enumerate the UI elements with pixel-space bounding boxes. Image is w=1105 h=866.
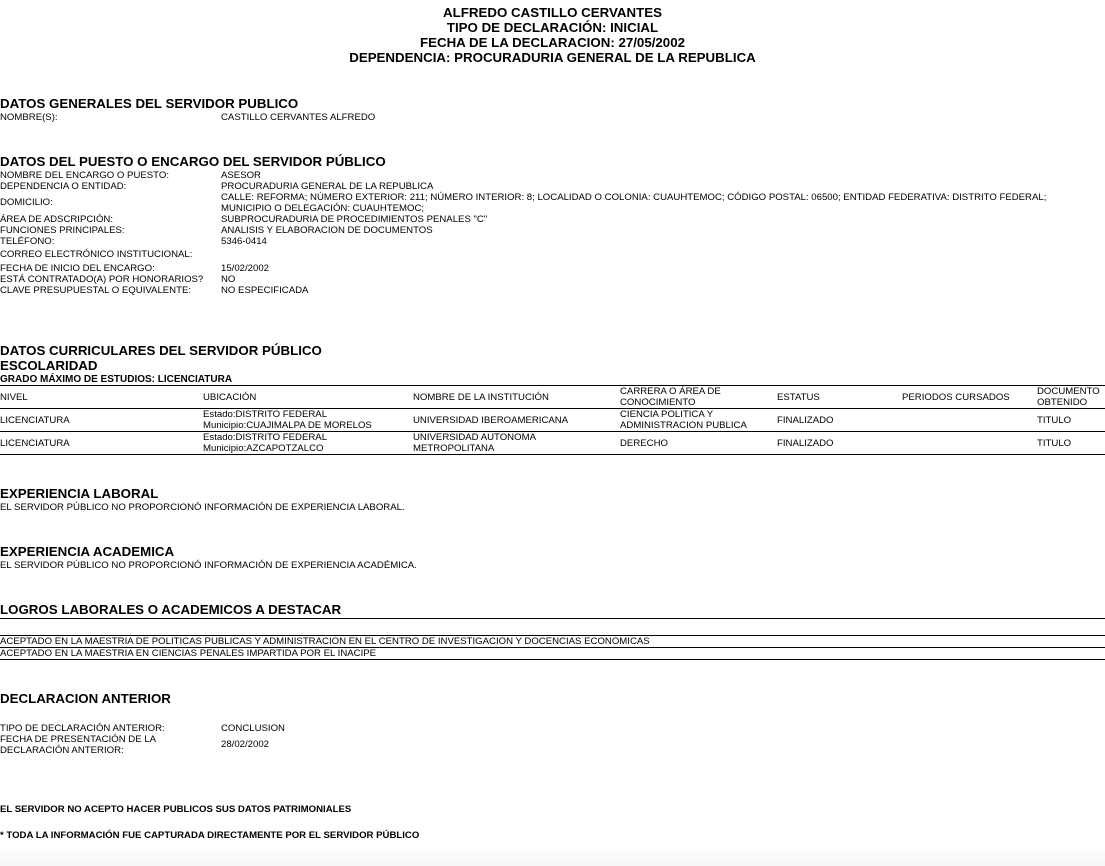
previous-date-label: FECHA DE PRESENTACIÓN DE LA <box>0 734 156 745</box>
servant-name: ALFREDO CASTILLO CERVANTES <box>0 5 1105 20</box>
field-label: TELÉFONO: <box>0 236 54 247</box>
section-title-general: DATOS GENERALES DEL SERVIDOR PUBLICO <box>0 97 298 111</box>
section-subtitle-schooling: ESCOLARIDAD <box>0 359 98 373</box>
table-cell: LICENCIATURA <box>0 438 70 449</box>
table-cell: ADMINISTRACION PUBLICA <box>620 420 747 431</box>
declaration-date: FECHA DE LA DECLARACION: 27/05/2002 <box>0 35 1105 50</box>
field-value: PROCURADURIA GENERAL DE LA REPUBLICA <box>221 181 433 192</box>
name-value: CASTILLO CERVANTES ALFREDO <box>221 112 375 123</box>
document-header: ALFREDO CASTILLO CERVANTES TIPO DE DECLA… <box>0 5 1105 65</box>
table-cell: CIENCIA POLITICA Y <box>620 409 713 420</box>
field-label: DEPENDENCIA O ENTIDAD: <box>0 181 126 192</box>
table-cell: UNIVERSIDAD IBEROAMERICANA <box>413 415 568 426</box>
table-cell: DERECHO <box>620 438 668 449</box>
field-label: ÁREA DE ADSCRIPCIÓN: <box>0 214 113 225</box>
field-value: ASESOR <box>221 170 261 181</box>
field-value: NO <box>221 274 235 285</box>
field-label: CLAVE PRESUPUESTAL O EQUIVALENTE: <box>0 285 191 296</box>
previous-date-value: 28/02/2002 <box>221 739 269 750</box>
capture-note: * TODA LA INFORMACIÓN FUE CAPTURADA DIRE… <box>0 830 419 841</box>
section-title-work-experience: EXPERIENCIA LABORAL <box>0 487 158 501</box>
column-header: ESTATUS <box>777 392 820 403</box>
field-label: FUNCIONES PRINCIPALES: <box>0 225 125 236</box>
table-cell: Municipio:AZCAPOTZALCO <box>203 443 323 454</box>
max-grade: GRADO MÁXIMO DE ESTUDIOS: LICENCIATURA <box>0 374 232 385</box>
column-header: NOMBRE DE LA INSTITUCIÓN <box>413 392 549 403</box>
field-value: SUBPROCURADURIA DE PROCEDIMIENTOS PENALE… <box>221 214 487 225</box>
section-title-achievements: LOGROS LABORALES O ACADEMICOS A DESTACAR <box>0 603 341 617</box>
previous-type-label: TIPO DE DECLARACIÓN ANTERIOR: <box>0 723 165 734</box>
section-title-academic-experience: EXPERIENCIA ACADEMICA <box>0 545 174 559</box>
patrimonial-notice: EL SERVIDOR NO ACEPTO HACER PUBLICOS SUS… <box>0 804 351 815</box>
column-header: PERIODOS CURSADOS <box>902 392 1010 403</box>
table-rule <box>0 431 1105 432</box>
field-label: ESTÁ CONTRATADO(A) POR HONORARIOS? <box>0 274 203 285</box>
section-title-curricular: DATOS CURRICULARES DEL SERVIDOR PÚBLICO <box>0 344 322 358</box>
field-value-line2: MUNICIPIO O DELEGACIÓN: CUAUHTEMOC; <box>221 203 424 214</box>
column-header: NIVEL <box>0 392 28 403</box>
previous-type-value: CONCLUSION <box>221 723 285 734</box>
name-label: NOMBRE(S): <box>0 112 58 123</box>
table-cell: FINALIZADO <box>777 438 834 449</box>
table-cell: TITULO <box>1037 438 1071 449</box>
field-value: CALLE: REFORMA; NÚMERO EXTERIOR: 211; NÚ… <box>221 192 1046 203</box>
field-label: NOMBRE DEL ENCARGO O PUESTO: <box>0 170 169 181</box>
previous-date-label-line2: DECLARACIÓN ANTERIOR: <box>0 745 124 756</box>
table-cell: METROPOLITANA <box>413 443 494 454</box>
table-rule <box>0 408 1105 409</box>
column-header: OBTENIDO <box>1037 397 1087 408</box>
column-header: CONOCIMIENTO <box>620 397 696 408</box>
achievements-rule <box>0 618 1105 619</box>
field-label: DOMICILIO: <box>0 197 53 208</box>
column-header: CARRERA O ÁREA DE <box>620 386 721 397</box>
field-label: FECHA DE INICIO DEL ENCARGO: <box>0 263 155 274</box>
table-rule <box>0 454 1105 455</box>
section-title-position: DATOS DEL PUESTO O ENCARGO DEL SERVIDOR … <box>0 155 386 169</box>
field-value: 15/02/2002 <box>221 263 269 274</box>
academic-experience-text: EL SERVIDOR PÚBLICO NO PROPORCIONÓ INFOR… <box>0 560 417 571</box>
table-cell: FINALIZADO <box>777 415 834 426</box>
table-cell: Estado:DISTRITO FEDERAL <box>203 432 327 443</box>
achievement-item: ACEPTADO EN LA MAESTRIA EN CIENCIAS PENA… <box>0 648 376 659</box>
work-experience-text: EL SERVIDOR PÚBLICO NO PROPORCIONÓ INFOR… <box>0 502 405 513</box>
table-cell: Estado:DISTRITO FEDERAL <box>203 409 327 420</box>
field-value: 5346-0414 <box>221 236 267 247</box>
column-header: UBICACIÓN <box>203 392 256 403</box>
declaration-type: TIPO DE DECLARACIÓN: INICIAL <box>0 20 1105 35</box>
table-cell: TITULO <box>1037 415 1071 426</box>
achievement-item: ACEPTADO EN LA MAESTRIA DE POLITICAS PUB… <box>0 636 650 647</box>
agency: DEPENDENCIA: PROCURADURIA GENERAL DE LA … <box>0 50 1105 65</box>
table-cell: UNIVERSIDAD AUTONOMA <box>413 432 536 443</box>
achievements-rule <box>0 659 1105 660</box>
column-header: DOCUMENTO <box>1037 386 1100 397</box>
table-rule <box>0 385 1105 386</box>
section-title-previous: DECLARACION ANTERIOR <box>0 692 171 706</box>
field-label: CORREO ELECTRÓNICO INSTITUCIONAL: <box>0 249 192 260</box>
table-cell: LICENCIATURA <box>0 415 70 426</box>
field-value: ANALISIS Y ELABORACION DE DOCUMENTOS <box>221 225 433 236</box>
table-cell: Municipio:CUAJIMALPA DE MORELOS <box>203 420 372 431</box>
field-value: NO ESPECIFICADA <box>221 285 308 296</box>
